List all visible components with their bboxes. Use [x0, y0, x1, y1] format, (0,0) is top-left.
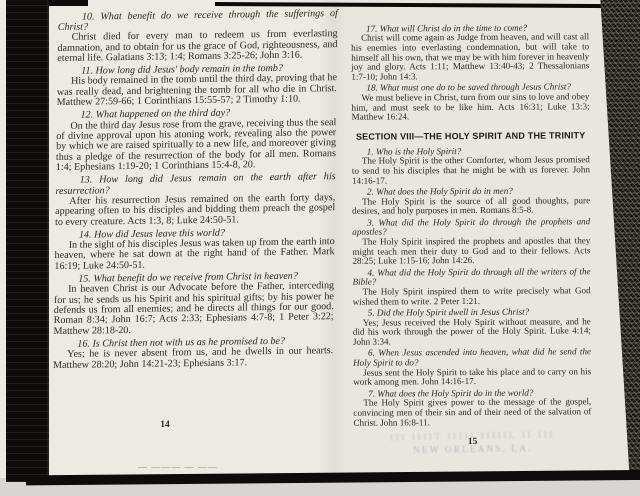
- right-page-text-column: 17. What will Christ do in the time to c…: [351, 21, 592, 472]
- answer-text: His body remained in the tomb until the …: [57, 74, 337, 109]
- question-text: 6. When Jesus ascended into heaven, what…: [353, 348, 591, 369]
- left-page-qa-list: 10. What benefit do we receive through t…: [53, 9, 338, 371]
- scanned-book-page: 10. What benefit do we receive through t…: [0, 0, 640, 496]
- answer-text: After his resurrection Jesus remained on…: [55, 193, 335, 228]
- answer-text: The Holy Spirit inspired the prophets an…: [352, 236, 590, 267]
- answer-text: Jesus sent the Holy Spirit to take his p…: [353, 367, 591, 388]
- answer-text: The Holy Spirit gives power to the messa…: [353, 398, 591, 429]
- answer-text: Yes; he is never absent from us, and he …: [53, 346, 333, 371]
- library-stamp: III IIIIT IIIII IIIIIL II III NEW ORLEAN…: [353, 431, 591, 457]
- library-stamp-line1: III IIIIT IIIII IIIIIL II III: [353, 431, 591, 445]
- answer-text: Yes; Jesus received the Holy Spirit with…: [353, 317, 591, 348]
- answer-text: The Holy Spirit is the source of all goo…: [352, 196, 590, 217]
- answer-text: On the third day Jesus rose from the gra…: [56, 118, 337, 174]
- answer-text: Christ died for every man to redeem us f…: [57, 29, 337, 64]
- left-scan-edge-band: [6, 0, 49, 482]
- right-page-qa-list: 1. Who is the Holy Spirit?The Holy Spiri…: [352, 146, 592, 428]
- left-page-text-column: 10. What benefit do we receive through t…: [52, 6, 338, 470]
- answer-text: The Holy Spirit inspired them to write p…: [353, 286, 591, 307]
- answer-text: Christ will come again as Judge from hea…: [351, 32, 589, 82]
- left-scan-edge-notch: [48, 0, 88, 6]
- answer-text: We must believe in Christ, turn from our…: [351, 92, 589, 123]
- library-stamp-line2: NEW ORLEANS, LA.: [354, 444, 592, 458]
- answer-text: In heaven Christ is our Advocate before …: [53, 281, 334, 337]
- section-heading: SECTION VIII—THE HOLY SPIRIT AND THE TRI…: [352, 131, 590, 142]
- right-page-qa-list-before-heading: 17. What will Christ do in the time to c…: [351, 23, 590, 123]
- answer-text: The Holy Spirit is the other Comforter, …: [352, 156, 590, 187]
- left-page-number: 14: [150, 420, 180, 430]
- pencil-dash-marks: — ——— — ——: [138, 462, 218, 472]
- answer-text: In the sight of his disciples Jesus was …: [54, 237, 334, 272]
